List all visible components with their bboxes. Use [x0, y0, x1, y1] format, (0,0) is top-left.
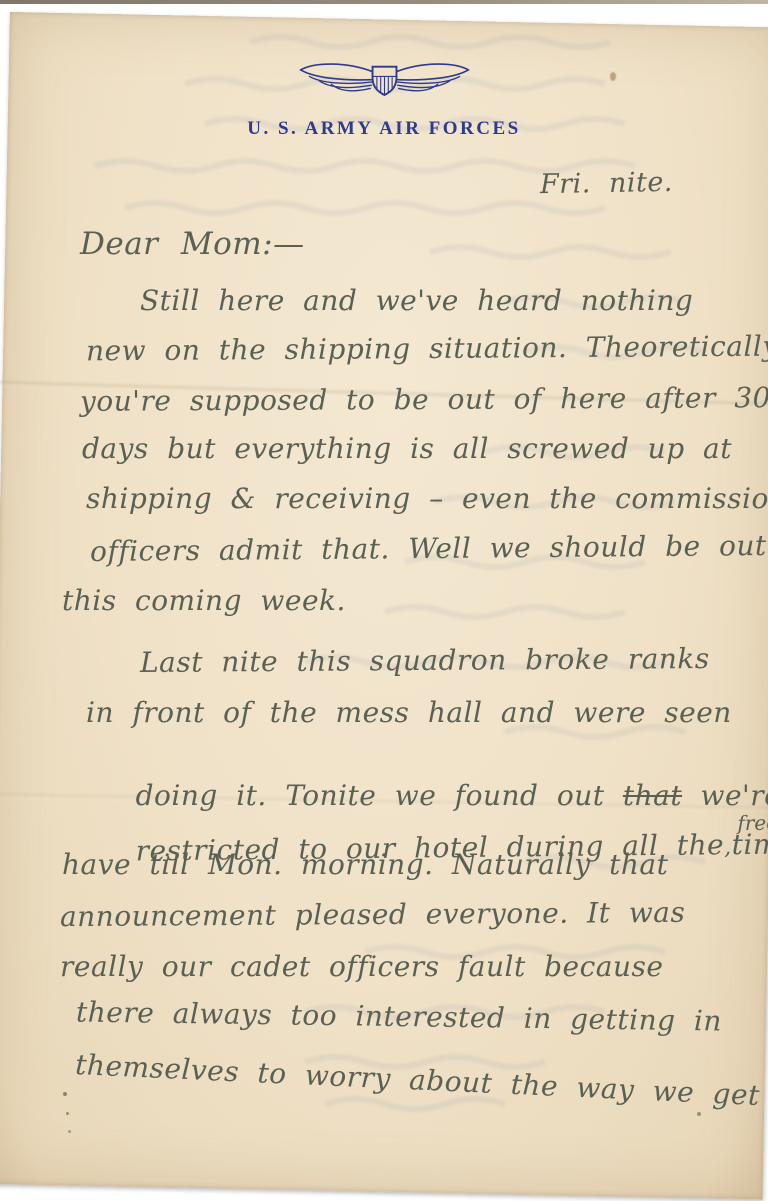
paper-speck [610, 72, 616, 81]
insertion-wrap: freetime [731, 827, 768, 861]
letter-line: days but everything is all screwed up at [82, 432, 732, 465]
ink-dot [68, 1130, 71, 1133]
scan-edge [0, 0, 768, 4]
ink-dot [697, 1112, 701, 1116]
letter-line: announcement pleased everyone. It was [60, 896, 686, 933]
letter-line: this coming week. [62, 584, 346, 617]
inserted-word-above-line: free [737, 811, 768, 835]
letter-dateline: Fri. nite. [540, 167, 673, 200]
army-air-forces-wings-icon [292, 52, 477, 114]
letter-line: new on the shipping situation. Theoretic… [86, 330, 768, 368]
letter-line: have till Mon. morning. Naturally that [62, 848, 668, 881]
letter-line: in front of the mess hall and were seen [86, 696, 732, 729]
letter-line: Last nite this squadron broke ranks [140, 642, 710, 679]
ink-dot [66, 1112, 69, 1115]
ink-dot [63, 1092, 67, 1096]
letter-line: shipping & receiving – even the commissi… [86, 482, 768, 515]
letterhead-title: U. S. ARMY AIR FORCES [0, 118, 768, 140]
letter-line: themselves to worry about the way we get… [75, 1048, 768, 1115]
letter-line: really our cadet officers fault because [60, 950, 663, 983]
letter-content: U. S. ARMY AIR FORCES Fri. nite. Dear Mo… [0, 0, 768, 1201]
letter-line: officers admit that. Well we should be o… [90, 529, 767, 568]
letter-salutation: Dear Mom:— [80, 226, 305, 262]
letter-line: there always too interested in getting i… [76, 995, 722, 1037]
letter-line: you're supposed to be out of here after … [80, 381, 768, 418]
letter-line: Still here and we've heard nothing [140, 284, 693, 317]
